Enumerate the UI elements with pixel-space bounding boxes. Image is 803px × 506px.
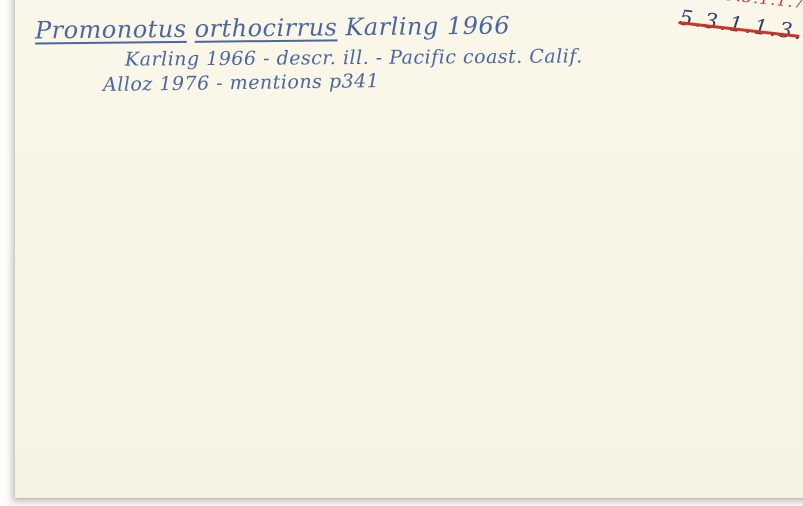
author-citation: Karling 1966 — [345, 12, 510, 42]
species-name: orthocirrus — [194, 13, 337, 42]
index-card: PromonotusorthocirrusKarling 1966 Karlin… — [15, 0, 803, 498]
genus-name: Promonotus — [35, 15, 187, 45]
catalog-number-crossed-out: 5.3.1.1.3.8 — [678, 5, 803, 46]
reference-line-karling: Karling 1966 - descr. ill. - Pacific coa… — [125, 45, 583, 70]
reference-line-alloz: Alloz 1976 - mentions p341 — [103, 70, 380, 96]
species-title-line: PromonotusorthocirrusKarling 1966 — [35, 12, 510, 45]
